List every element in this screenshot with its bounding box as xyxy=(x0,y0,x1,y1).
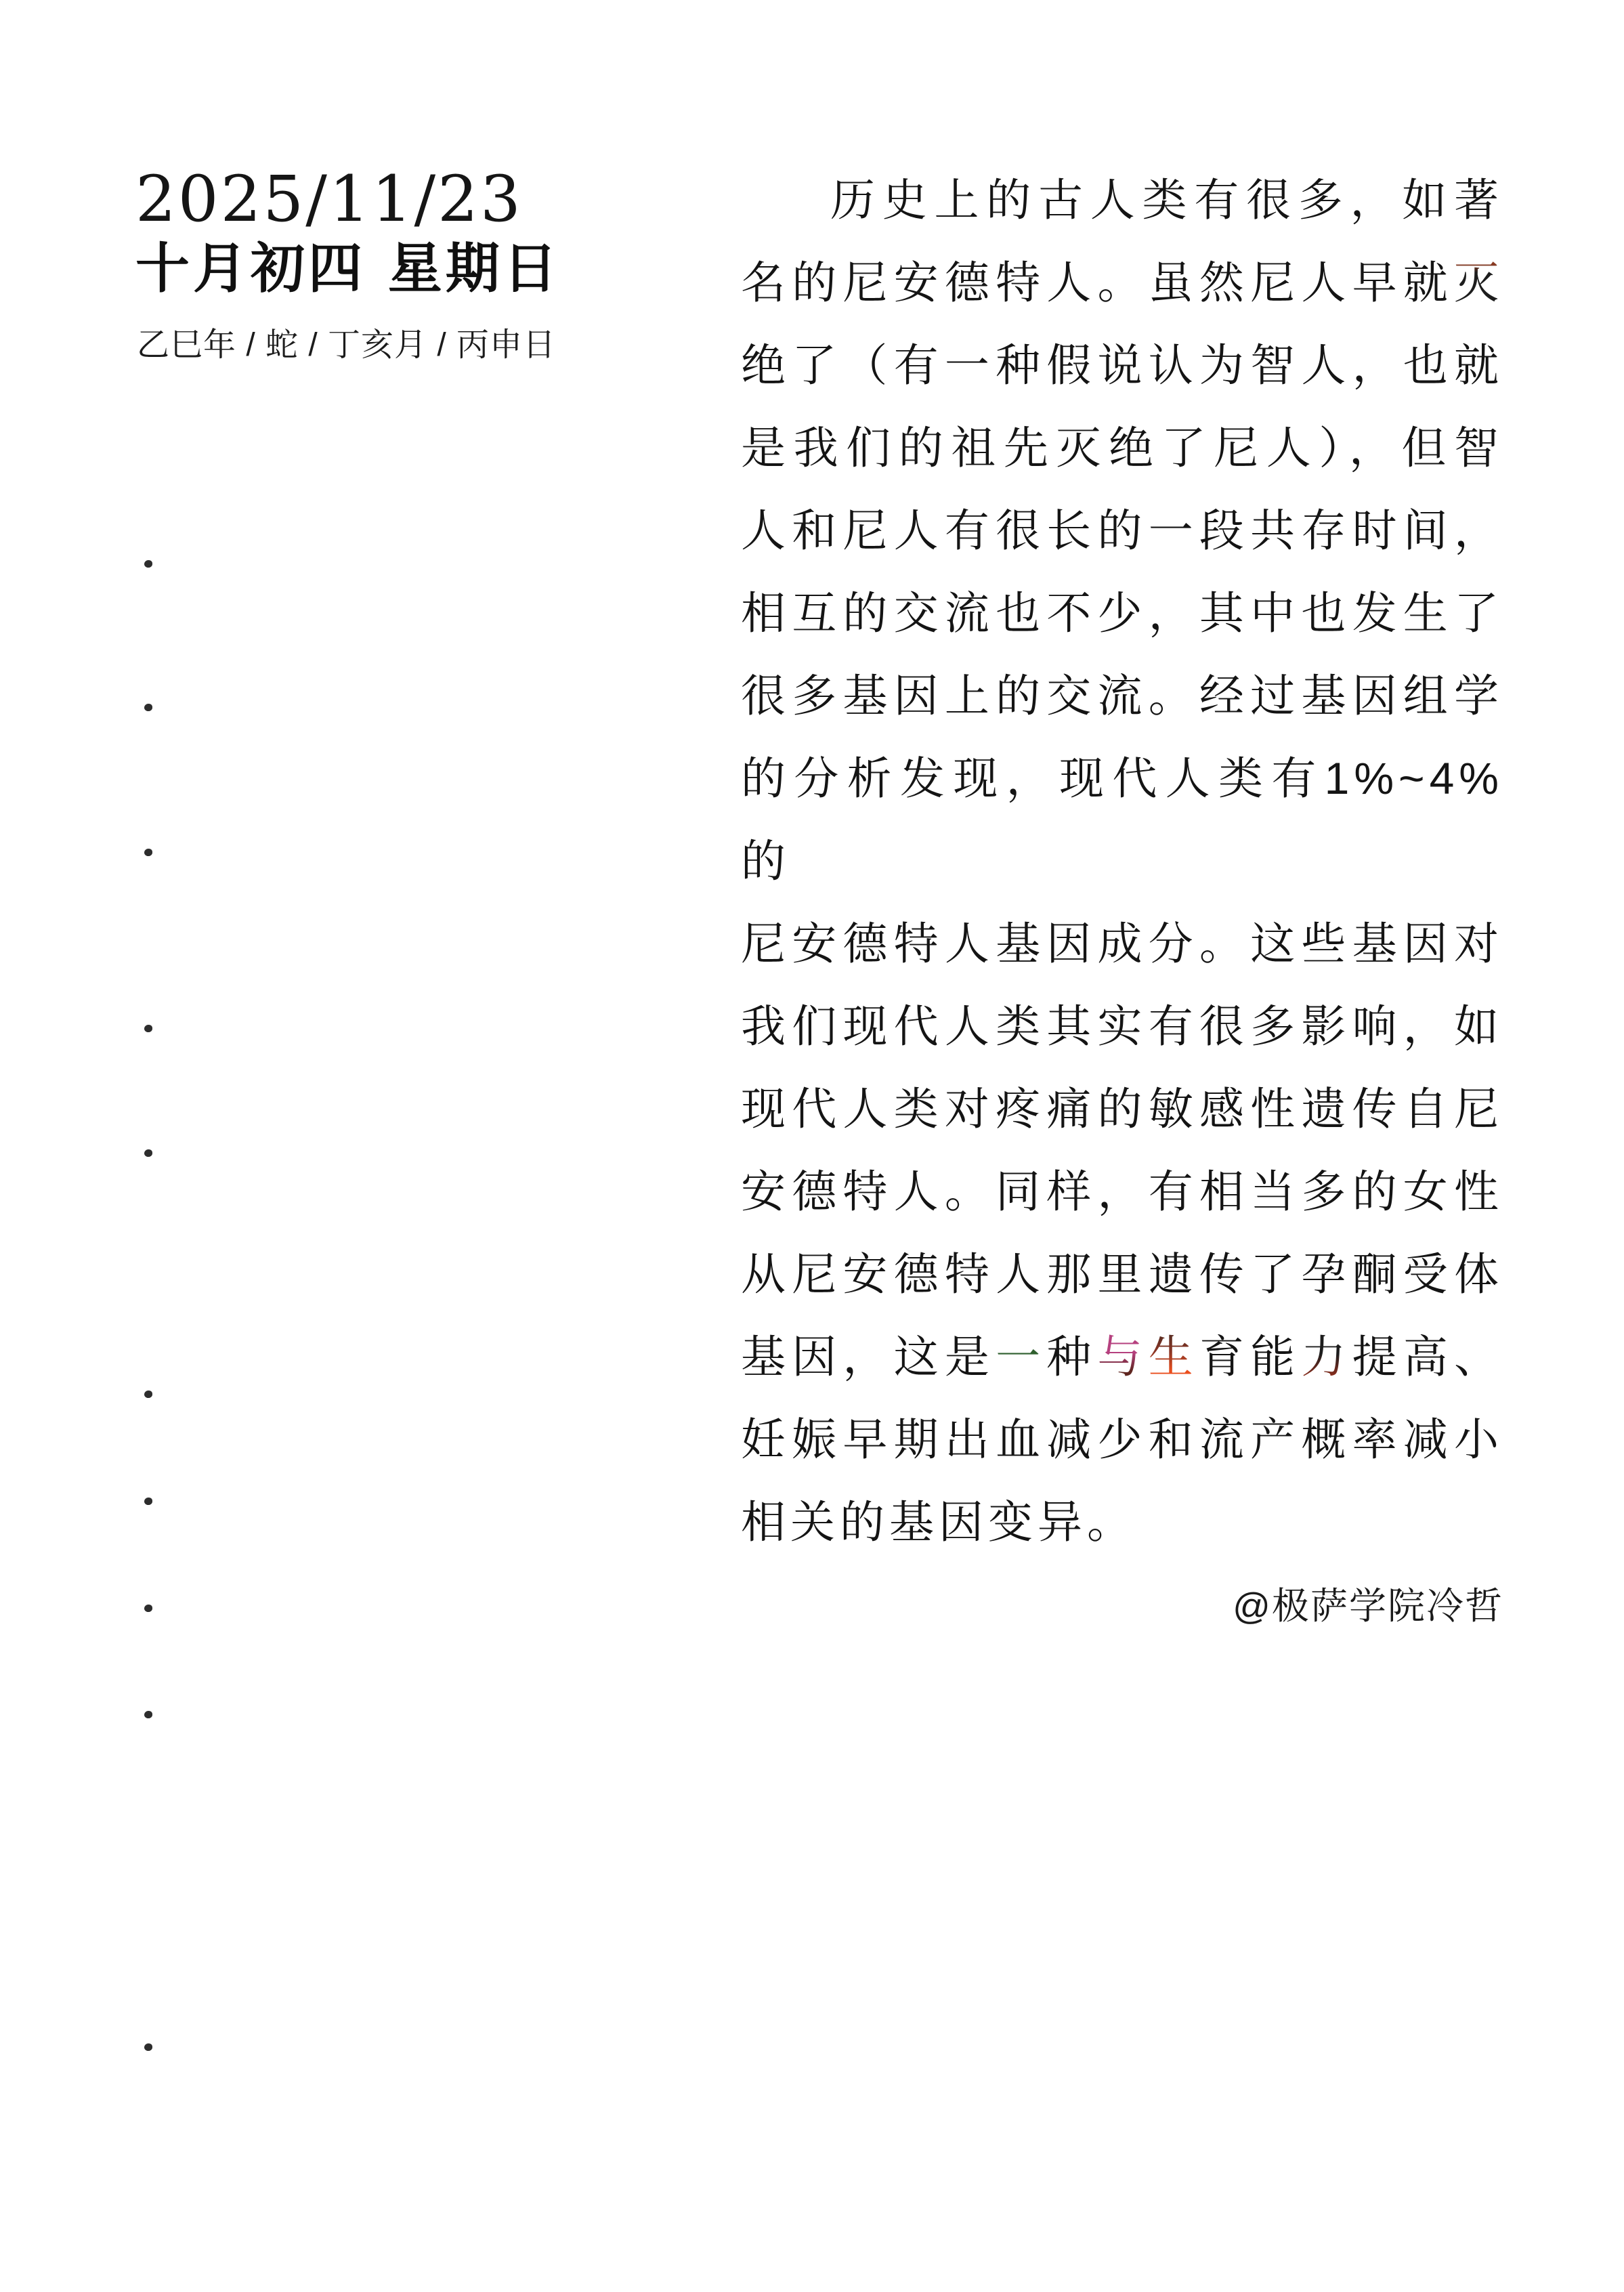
article-line: 相互的交流也不少，其中也发生了 xyxy=(741,572,1503,654)
article-line: 从尼安德特人那里遗传了孕酮受体 xyxy=(741,1233,1503,1315)
article-line: 是我们的祖先灭绝了尼人），但智 xyxy=(741,406,1503,489)
article-line: 尼安德特人基因成分。这些基因对 xyxy=(741,902,1503,985)
article-line: 很多基因上的交流。经过基因组学 xyxy=(741,654,1503,737)
ink-dot xyxy=(144,1149,152,1157)
ink-dot xyxy=(144,849,152,856)
article-line: 安德特人。同样，有相当多的女性 xyxy=(741,1150,1503,1233)
ink-dot xyxy=(144,1711,152,1718)
article-line: 的分析发现，现代人类有1%~4%的 xyxy=(741,737,1503,902)
article-line: 相关的基因变异。 xyxy=(741,1481,1503,1563)
article-line: 基因，这是一种与生育能力提高、 xyxy=(741,1315,1503,1398)
article-line: 绝了（有一种假说认为智人，也就 xyxy=(741,324,1503,406)
article-line: 我们现代人类其实有很多影响，如 xyxy=(741,985,1503,1067)
attribution: @极萨学院冷哲 xyxy=(741,1584,1503,1628)
ink-dot xyxy=(144,704,152,711)
calendar-page: 2025/11/23 十月初四 星期日 乙巳年 / 蛇 / 丁亥月 / 丙申日 … xyxy=(0,0,1624,2292)
article-line: 名的尼安德特人。虽然尼人早就灭 xyxy=(741,241,1503,324)
ink-dot xyxy=(144,1498,152,1505)
ink-dot xyxy=(144,1391,152,1398)
article-line: 人和尼人有很长的一段共存时间， xyxy=(741,489,1503,572)
ink-dot xyxy=(144,1605,152,1612)
article-line: 历史上的古人类有很多，如著 xyxy=(741,158,1503,241)
ink-dot xyxy=(144,560,152,568)
ink-dot xyxy=(144,1025,152,1032)
article-text: 历史上的古人类有很多，如著名的尼安德特人。虽然尼人早就灭绝了（有一种假说认为智人… xyxy=(741,158,1503,1563)
article-line: 现代人类对疼痛的敏感性遗传自尼 xyxy=(741,1067,1503,1150)
ink-dot xyxy=(144,2043,152,2051)
article-line: 妊娠早期出血减少和流产概率减小 xyxy=(741,1398,1503,1481)
